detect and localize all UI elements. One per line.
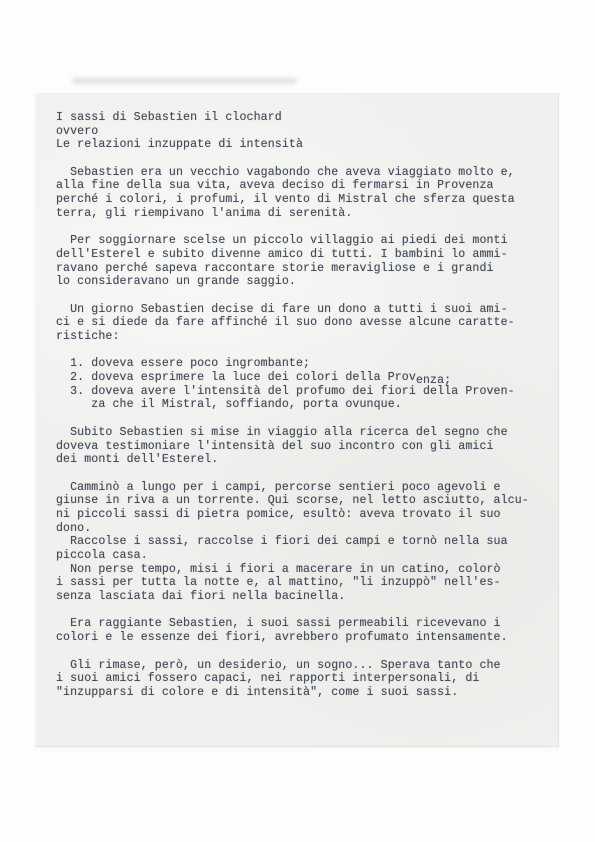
text-segment: 2. doveva esprimere la luce dei colori d… — [56, 371, 416, 384]
text-line: Gli rimase, però, un desiderio, un sogno… — [56, 659, 551, 673]
numbered-list: 1. doveva essere poco ingrombante; 2. do… — [56, 357, 551, 412]
text-line: ci e si diede da fare affinché il suo do… — [56, 316, 551, 330]
list-item-line: za che il Mistral, soffiando, porta ovun… — [56, 398, 551, 412]
text-line: giunse in riva a un torrente. Qui scorse… — [56, 494, 551, 508]
scanned-sheet: I sassi di Sebastien il clochardovveroLe… — [35, 93, 559, 747]
text-line: senza lasciata dai fiori nella bacinella… — [56, 590, 551, 604]
text-line: perché i colori, i profumi, il vento di … — [56, 193, 551, 207]
text-line: "inzupparsi di colore e di intensità", c… — [56, 686, 551, 700]
text-line: Sebastien era un vecchio vagabondo che a… — [56, 166, 551, 180]
list-item-line: 2. doveva esprimere la luce dei colori d… — [56, 371, 551, 385]
text-line: dell'Esterel e subito divenne amico di t… — [56, 248, 551, 262]
text-line: ovvero — [56, 125, 551, 139]
paragraph: Un giorno Sebastien decise di fare un do… — [56, 303, 551, 344]
list-item-line: 3. doveva avere l'intensità del profumo … — [56, 385, 551, 399]
text-line: ristiche: — [56, 330, 551, 344]
text-line: Era raggiante Sebastien, i suoi sassi pe… — [56, 617, 551, 631]
text-line: doveva testimoniare l'intensità del suo … — [56, 440, 551, 454]
text-line: Un giorno Sebastien decise di fare un do… — [56, 303, 551, 317]
text-line: ni piccoli sassi di pietra pomice, esult… — [56, 508, 551, 522]
text-line: Non perse tempo, misi i fiori a macerare… — [56, 563, 551, 577]
text-line: i suoi amici fossero capaci, nei rapport… — [56, 672, 551, 686]
list-item-line: 1. doveva essere poco ingrombante; — [56, 357, 551, 371]
paragraph: Era raggiante Sebastien, i suoi sassi pe… — [56, 617, 551, 644]
paragraph: Sebastien era un vecchio vagabondo che a… — [56, 166, 551, 221]
text-line: piccola casa. — [56, 549, 551, 563]
text-line: I sassi di Sebastien il clochard — [56, 111, 551, 125]
text-line: Per soggiornare scelse un piccolo villag… — [56, 234, 551, 248]
text-line: Subito Sebastien si mise in viaggio alla… — [56, 426, 551, 440]
text-line: Le relazioni inzuppate di intensità — [56, 138, 551, 152]
paragraph: Gli rimase, però, un desiderio, un sogno… — [56, 659, 551, 700]
paragraph: Subito Sebastien si mise in viaggio alla… — [56, 426, 551, 467]
title-block: I sassi di Sebastien il clochardovveroLe… — [56, 111, 551, 152]
text-line: dono. — [56, 522, 551, 536]
text-line: Raccolse i sassi, raccolse i fiori dei c… — [56, 535, 551, 549]
text-line: lo consideravano un grande saggio. — [56, 275, 551, 289]
lowered-typed-text: enza; — [416, 374, 451, 388]
text-line: Camminò a lungo per i campi, percorse se… — [56, 481, 551, 495]
text-line: colori e le essenze dei fiori, avrebbero… — [56, 631, 551, 645]
text-line: alla fine della sua vita, aveva deciso d… — [56, 179, 551, 193]
text-line: terra, gli riempivano l'anima di serenit… — [56, 207, 551, 221]
paragraph: Camminò a lungo per i campi, percorse se… — [56, 481, 551, 604]
text-line: dei monti dell'Esterel. — [56, 453, 551, 467]
text-line: ravano perché sapeva raccontare storie m… — [56, 262, 551, 276]
text-line: i sassi per tutta la notte e, al mattino… — [56, 576, 551, 590]
paragraph: Per soggiornare scelse un piccolo villag… — [56, 234, 551, 289]
typewritten-text: I sassi di Sebastien il clochardovveroLe… — [56, 111, 551, 700]
scan-smudge-mark — [72, 78, 297, 84]
